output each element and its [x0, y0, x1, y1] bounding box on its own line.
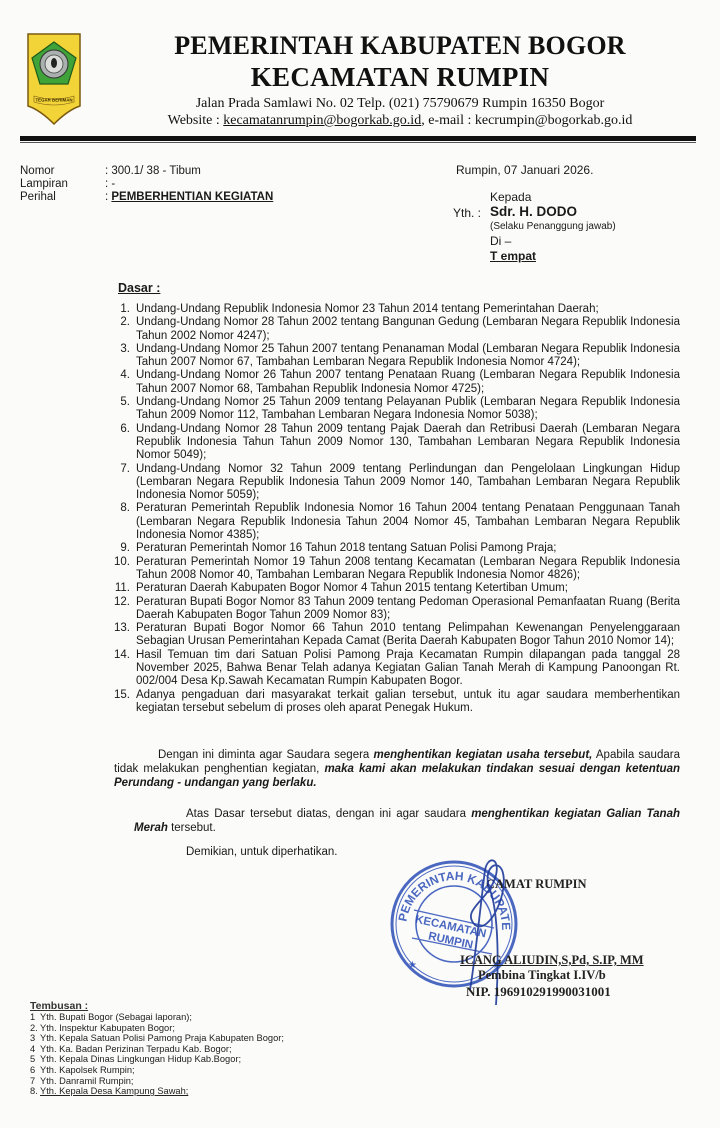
- paragraph-closing: Demikian, untuk diperhatikan.: [186, 845, 338, 859]
- dasar-item: 11.Peraturan Daerah Kabupaten Bogor Nomo…: [108, 582, 680, 595]
- p2-text-b: tersebut.: [168, 822, 216, 834]
- dasar-item-text: Undang-Undang Nomor 25 Tahun 2009 tentan…: [136, 396, 680, 421]
- signatory-nip: NIP. 196910291990031001: [466, 984, 611, 1000]
- tembusan-item-text: Yth. Kepala Dinas Lingkungan Hidup Kab.B…: [40, 1054, 241, 1064]
- tembusan-item: 4Yth. Ka. Badan Perizinan Terpadu Kab. B…: [30, 1044, 284, 1055]
- dasar-item: 5.Undang-Undang Nomor 25 Tahun 2009 tent…: [108, 396, 680, 423]
- dasar-item-number: 7.: [108, 463, 130, 476]
- paragraph-instruction: Atas Dasar tersebut diatas, dengan ini a…: [134, 807, 680, 835]
- dasar-item-number: 4.: [108, 369, 130, 382]
- dasar-item-text: Undang-Undang Nomor 26 Tahun 2007 tentan…: [136, 369, 680, 394]
- letterhead-address: Jalan Prada Samlawi No. 02 Telp. (021) 7…: [95, 96, 705, 112]
- website-label: Website :: [168, 113, 224, 128]
- dasar-item-number: 3.: [108, 343, 130, 356]
- nomor-value: : 300.1/ 38 - Tibum: [105, 165, 201, 178]
- tembusan-item: 7Yth. Danramil Rumpin;: [30, 1076, 284, 1087]
- p1-text-a: Dengan ini diminta agar Saudara segera: [158, 749, 373, 761]
- dasar-item-text: Undang-Undang Republik Indonesia Nomor 2…: [136, 303, 599, 315]
- perihal: : PEMBERHENTIAN KEGIATAN: [105, 191, 273, 204]
- tembusan-item-number: 7: [30, 1076, 40, 1087]
- signatory-name: ICANG ALIUDIN,S,Pd, S.IP, MM: [460, 953, 644, 968]
- letterhead-divider-thin: [20, 142, 696, 143]
- tembusan-item-text: Yth. Inspektur Kabupaten Bogor;: [40, 1023, 175, 1033]
- letterhead-contact: Website : kecamatanrumpin@bogorkab.go.id…: [95, 113, 705, 129]
- dasar-item: 2.Undang-Undang Nomor 28 Tahun 2002 tent…: [108, 316, 680, 343]
- tembusan-item: 1Yth. Bupati Bogor (Sebagai laporan);: [30, 1012, 284, 1023]
- tembusan-item-number: 4: [30, 1044, 40, 1055]
- dasar-item-text: Undang-Undang Nomor 32 Tahun 2009 tentan…: [136, 463, 680, 502]
- dasar-item-number: 6.: [108, 423, 130, 436]
- tembusan-list: 1Yth. Bupati Bogor (Sebagai laporan);2.Y…: [30, 1012, 284, 1097]
- dasar-item-number: 5.: [108, 396, 130, 409]
- tembusan-item-number: 1: [30, 1012, 40, 1023]
- tembusan-item: 2.Yth. Inspektur Kabupaten Bogor;: [30, 1023, 284, 1034]
- dasar-item-text: Peraturan Pemerintah Republik Indonesia …: [136, 502, 680, 541]
- letterhead-government: PEMERINTAH KABUPATEN BOGOR: [95, 31, 705, 61]
- tembusan-item: 3Yth. Kepala Satuan Polisi Pamong Praja …: [30, 1033, 284, 1044]
- tembusan-item-text: Yth. Ka. Badan Perizinan Terpadu Kab. Bo…: [40, 1044, 232, 1054]
- tembusan-item: 8.Yth. Kepala Desa Kampung Sawah;: [30, 1086, 284, 1097]
- tembusan-title: Tembusan :: [30, 1000, 88, 1012]
- dasar-item-text: Peraturan Pemerintah Nomor 19 Tahun 2008…: [136, 556, 680, 581]
- paragraph-request: Dengan ini diminta agar Saudara segera m…: [114, 748, 680, 790]
- dasar-list: 1.Undang-Undang Republik Indonesia Nomor…: [108, 303, 680, 715]
- di-label: Di –: [490, 234, 511, 248]
- dasar-item: 9.Peraturan Pemerintah Nomor 16 Tahun 20…: [108, 542, 680, 555]
- tembusan-item-text: Yth. Kepala Satuan Polisi Pamong Praja K…: [40, 1033, 284, 1043]
- dasar-item: 3.Undang-Undang Nomor 25 Tahun 2007 tent…: [108, 343, 680, 370]
- perihal-label: Perihal: [20, 191, 56, 204]
- dasar-item-text: Peraturan Daerah Kabupaten Bogor Nomor 4…: [136, 582, 568, 594]
- dasar-title: Dasar :: [118, 281, 160, 295]
- kabupaten-bogor-emblem-icon: TEGAR BERIMAN: [26, 32, 82, 126]
- dasar-item-number: 11.: [108, 582, 130, 595]
- dasar-item-number: 13.: [108, 622, 130, 635]
- nomor-label: Nomor: [20, 165, 55, 178]
- dasar-item: 7.Undang-Undang Nomor 32 Tahun 2009 tent…: [108, 463, 680, 503]
- p1-emphasis-a: menghentikan kegiatan usaha tersebut,: [373, 749, 592, 761]
- svg-text:★: ★: [408, 960, 417, 971]
- dasar-item-text: Peraturan Pemerintah Nomor 16 Tahun 2018…: [136, 542, 556, 554]
- signatory-rank: Pembina Tingkat I.IV/b: [478, 968, 606, 983]
- dasar-item-text: Hasil Temuan tim dari Satuan Polisi Pamo…: [136, 649, 680, 688]
- tembusan-item-number: 2.: [30, 1023, 40, 1034]
- dasar-item: 10.Peraturan Pemerintah Nomor 19 Tahun 2…: [108, 556, 680, 583]
- tembusan-item-number: 3: [30, 1033, 40, 1044]
- dasar-item-number: 8.: [108, 502, 130, 515]
- recipient-note: (Selaku Penanggung jawab): [490, 221, 616, 232]
- yth-label: Yth. :: [453, 206, 481, 220]
- dasar-item-number: 15.: [108, 689, 130, 702]
- dasar-item-number: 10.: [108, 556, 130, 569]
- email-link[interactable]: kecrumpin@bogorkab.go.id: [475, 113, 633, 128]
- tembusan-item-text: Yth. Bupati Bogor (Sebagai laporan);: [40, 1012, 192, 1022]
- dasar-item: 12.Peraturan Bupati Bogor Nomor 83 Tahun…: [108, 596, 680, 623]
- tembusan-item: 6Yth. Kapolsek Rumpin;: [30, 1065, 284, 1076]
- tembusan-item-text: Yth. Kepala Desa Kampung Sawah;: [40, 1086, 188, 1096]
- dasar-item: 1.Undang-Undang Republik Indonesia Nomor…: [108, 303, 680, 316]
- dasar-item: 8.Peraturan Pemerintah Republik Indonesi…: [108, 502, 680, 542]
- tembusan-item-number: 6: [30, 1065, 40, 1076]
- dasar-item-number: 2.: [108, 316, 130, 329]
- dasar-item: 6.Undang-Undang Nomor 28 Tahun 2009 tent…: [108, 423, 680, 463]
- lampiran-value: : -: [105, 178, 115, 191]
- tempat-label: T empat: [490, 249, 536, 263]
- letterhead-district: KECAMATAN RUMPIN: [95, 62, 705, 93]
- tembusan-item-number: 8.: [30, 1086, 40, 1097]
- kepada-label: Kepada: [490, 190, 531, 204]
- dasar-item: 4.Undang-Undang Nomor 26 Tahun 2007 tent…: [108, 369, 680, 396]
- dasar-item-number: 9.: [108, 542, 130, 555]
- dasar-item-text: Undang-Undang Nomor 28 Tahun 2009 tentan…: [136, 423, 680, 462]
- recipient-name: Sdr. H. DODO: [490, 204, 577, 219]
- dasar-item-number: 12.: [108, 596, 130, 609]
- svg-text:TEGAR BERIMAN: TEGAR BERIMAN: [35, 98, 72, 103]
- perihal-value: PEMBERHENTIAN KEGIATAN: [111, 191, 273, 203]
- p2-text-a: Atas Dasar tersebut diatas, dengan ini a…: [186, 808, 471, 820]
- letter-date: Rumpin, 07 Januari 2026.: [456, 163, 593, 177]
- email-label: , e-mail :: [421, 113, 475, 128]
- letterhead-divider: [20, 136, 696, 141]
- dasar-item-text: Undang-Undang Nomor 28 Tahun 2002 tentan…: [136, 316, 680, 341]
- tembusan-item-number: 5: [30, 1054, 40, 1065]
- dasar-item: 13.Peraturan Bupati Bogor Nomor 66 Tahun…: [108, 622, 680, 649]
- dasar-item: 14.Hasil Temuan tim dari Satuan Polisi P…: [108, 649, 680, 689]
- tembusan-item-text: Yth. Kapolsek Rumpin;: [40, 1065, 135, 1075]
- dasar-item: 15.Adanya pengaduan dari masyarakat terk…: [108, 689, 680, 716]
- tembusan-item: 5Yth. Kepala Dinas Lingkungan Hidup Kab.…: [30, 1054, 284, 1065]
- dasar-item-text: Undang-Undang Nomor 25 Tahun 2007 tentan…: [136, 343, 680, 368]
- lampiran-label: Lampiran: [20, 178, 68, 191]
- dasar-item-text: Peraturan Bupati Bogor Nomor 83 Tahun 20…: [136, 596, 680, 621]
- website-link[interactable]: kecamatanrumpin@bogorkab.go.id: [223, 113, 421, 128]
- dasar-item-text: Peraturan Bupati Bogor Nomor 66 Tahun 20…: [136, 622, 680, 647]
- dasar-item-number: 1.: [108, 303, 130, 316]
- dasar-item-text: Adanya pengaduan dari masyarakat terkait…: [136, 689, 680, 714]
- tembusan-item-text: Yth. Danramil Rumpin;: [40, 1076, 134, 1086]
- dasar-item-number: 14.: [108, 649, 130, 662]
